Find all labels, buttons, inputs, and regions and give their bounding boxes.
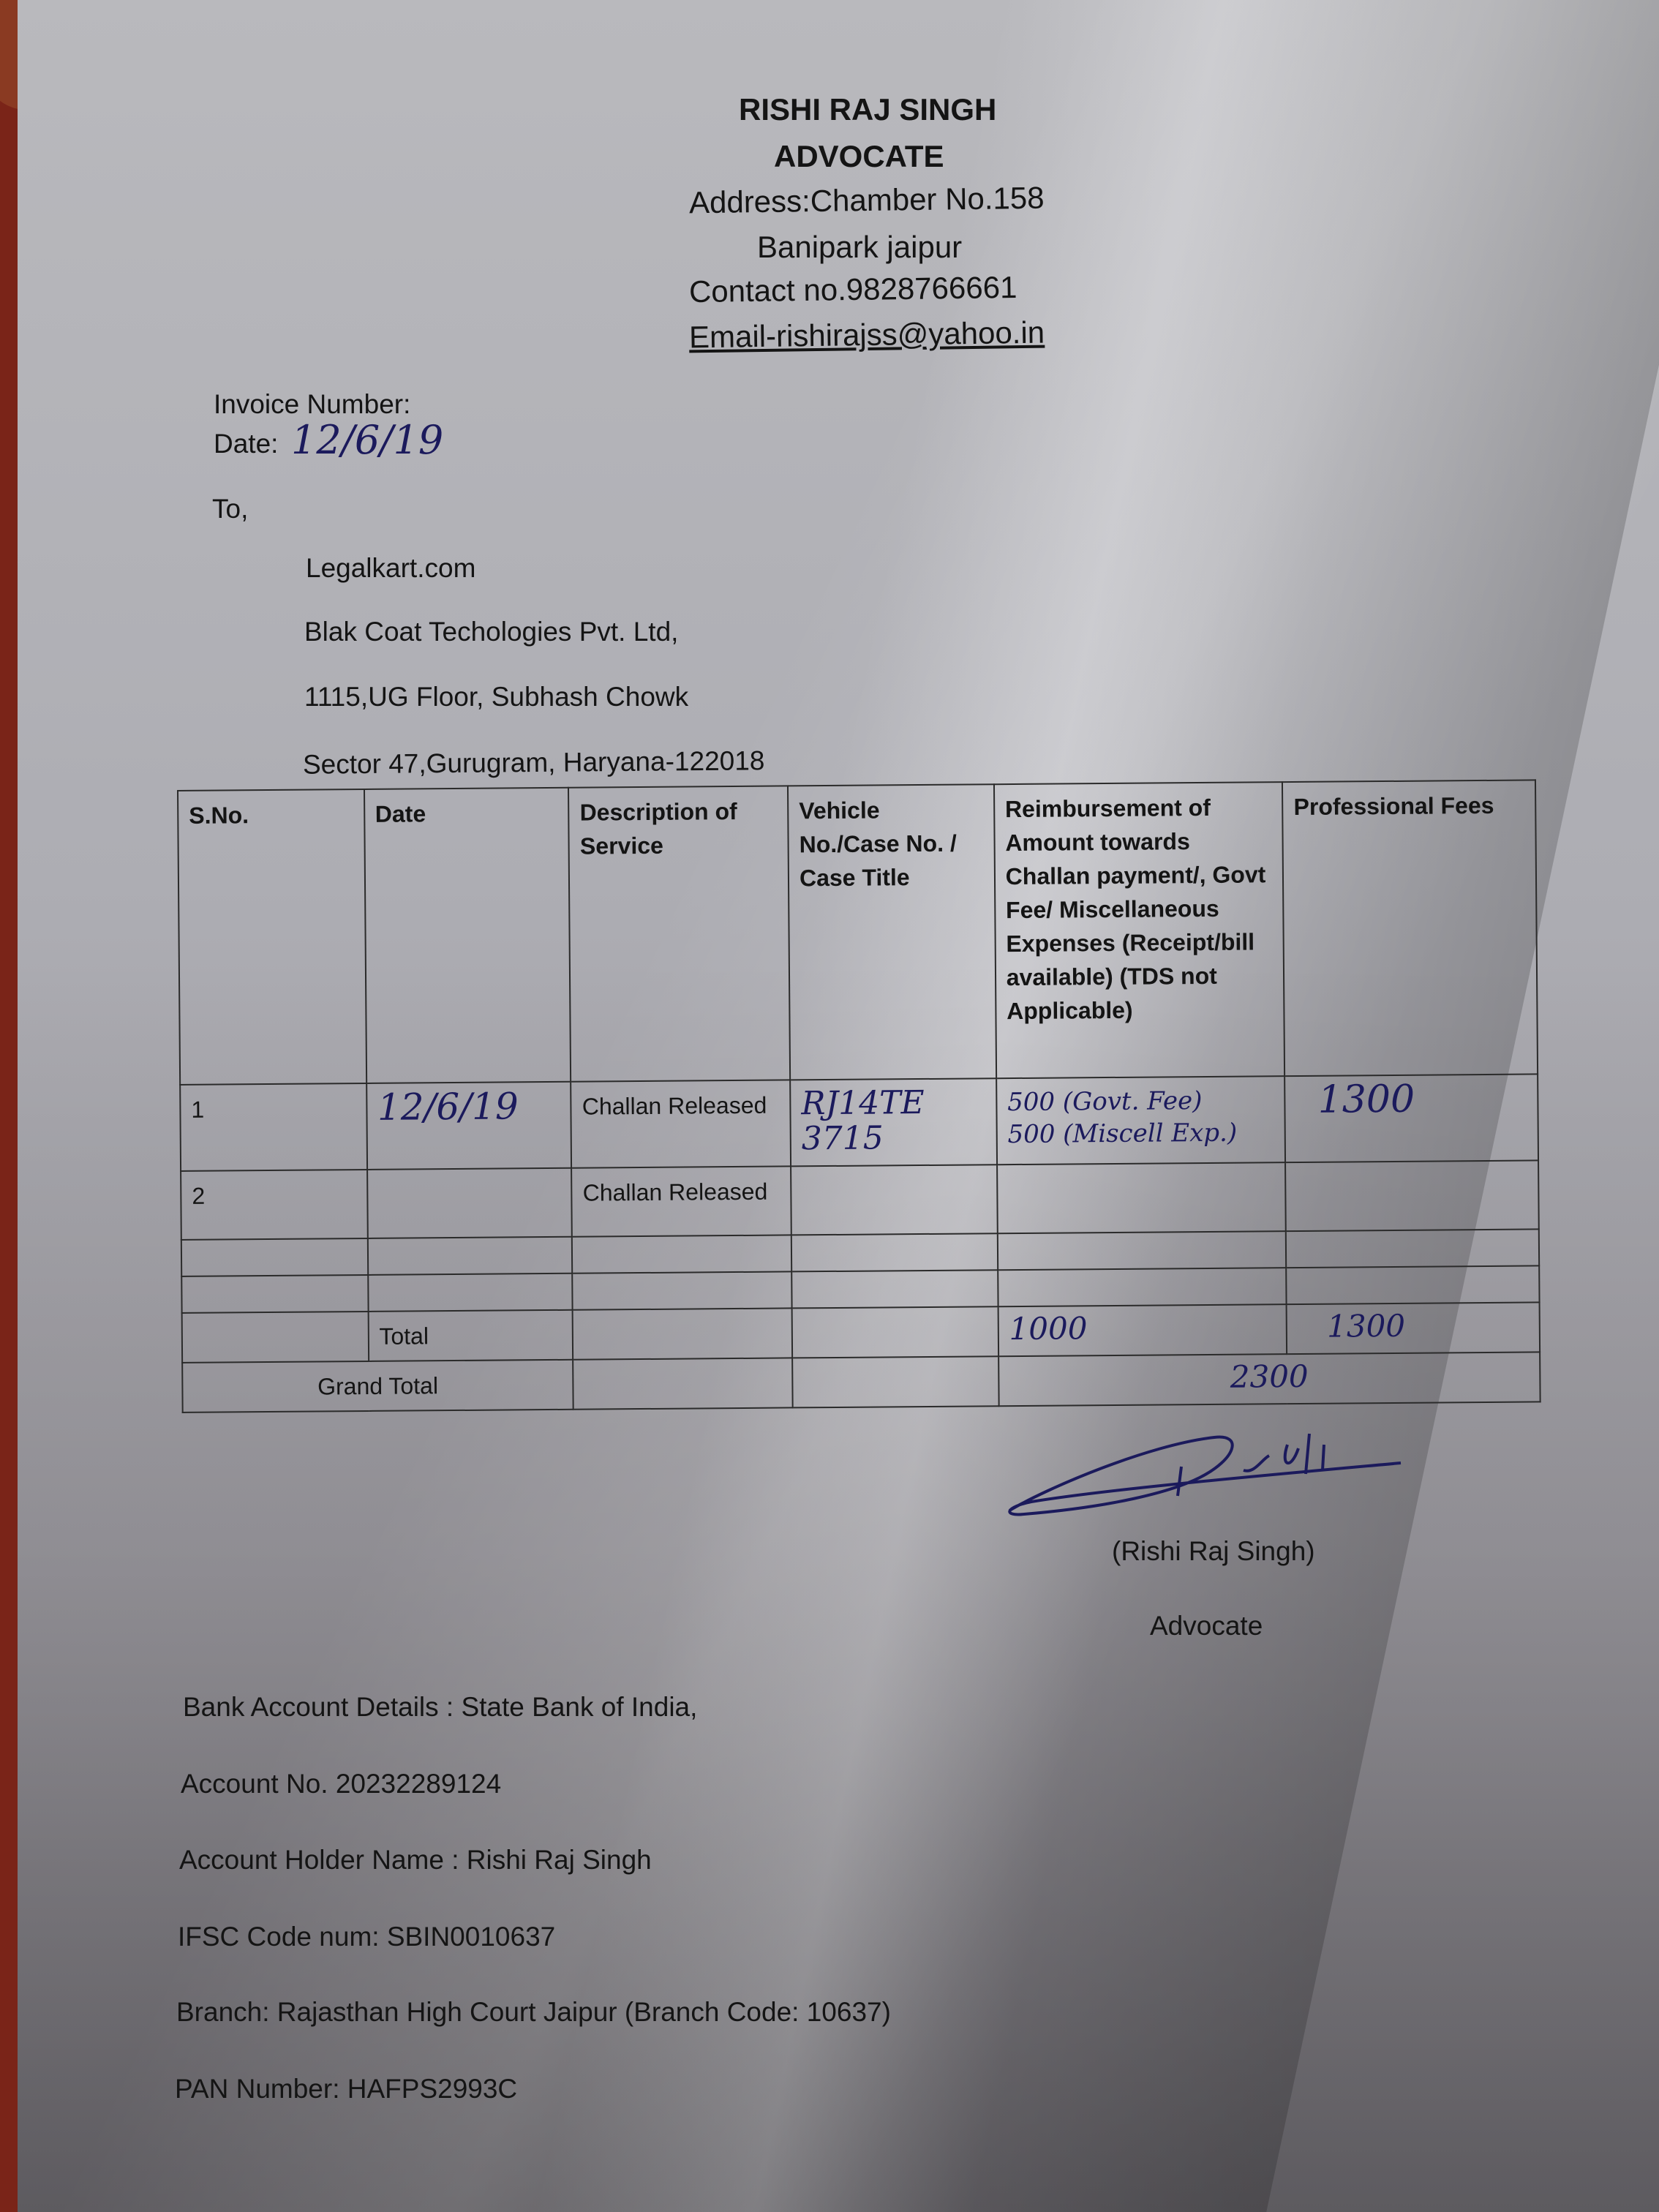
total-fees: 1300 [1287,1302,1540,1354]
invoice-number-label: Invoice Number: [214,389,410,420]
cell-vehicle [791,1165,997,1235]
cell-reimbursement [997,1162,1286,1233]
advocate-title: ADVOCATE [774,139,944,174]
grand-total-label: Grand Total [182,1360,573,1412]
recipient-line: Sector 47,Gurugram, Haryana-122018 [303,745,765,780]
branch: Branch: Rajasthan High Court Jaipur (Bra… [176,1997,891,2028]
handwritten-misc-exp: 500 (Miscell Exp.) [1007,1116,1274,1151]
signatory-title: Advocate [1150,1611,1263,1641]
cell-fees: 1300 [1284,1074,1538,1162]
salutation: To, [212,494,248,524]
handwritten-total-reimbursement: 1000 [1009,1310,1087,1347]
header-professional-fees: Professional Fees [1282,780,1538,1076]
cell-sno: 2 [181,1170,367,1240]
recipient-line: 1115,UG Floor, Subhash Chowk [304,682,688,712]
cell-description: Challan Released [571,1166,791,1236]
pan-number: PAN Number: HAFPS2993C [175,2074,517,2104]
email-link[interactable]: Email-rishirajss@yahoo.in [689,315,1045,355]
header-date: Date [364,788,571,1083]
table-row: 2 Challan Released [181,1160,1539,1240]
table-row: 1 12/6/19 Challan Released RJ14TE 3715 5… [180,1074,1538,1171]
cell-fees [1285,1160,1538,1231]
signature-scribble-icon [1002,1415,1412,1518]
invoice-table: S.No. Date Description of Service Vehicl… [177,779,1541,1413]
ifsc-code: IFSC Code num: SBIN0010637 [178,1922,555,1952]
header-description: Description of Service [568,786,790,1081]
cell-description: Challan Released [571,1080,791,1167]
handwritten-vehicle: RJ14TE 3715 [801,1084,925,1157]
signatory-name: (Rishi Raj Singh) [1112,1536,1315,1567]
recipient-line: Blak Coat Techologies Pvt. Ltd, [304,617,678,647]
header-sno: S.No. [178,789,366,1085]
address-line-1: Address:Chamber No.158 [689,181,1045,221]
bank-name: Bank Account Details : State Bank of Ind… [183,1692,697,1723]
cell-sno: 1 [180,1083,366,1171]
total-reimbursement: 1000 [998,1304,1287,1356]
handwritten-grand-total: 2300 [1230,1358,1309,1395]
address-line-2: Banipark jaipur [757,230,962,265]
cell-vehicle: RJ14TE 3715 [790,1078,997,1166]
handwritten-govt-fee: 500 (Govt. Fee) [1007,1084,1274,1118]
account-holder: Account Holder Name : Rishi Raj Singh [179,1845,652,1876]
handwritten-date: 12/6/19 [377,1085,519,1129]
cell-date: 12/6/19 [366,1082,572,1170]
grand-total-row: Grand Total 2300 [182,1352,1540,1412]
grand-total-value: 2300 [998,1352,1540,1406]
cell-reimbursement: 500 (Govt. Fee) 500 (Miscell Exp.) [996,1076,1286,1165]
header-reimbursement: Reimbursement of Amount towards Challan … [994,782,1285,1078]
cell-date [367,1168,573,1238]
date-value-handwritten: 12/6/19 [291,417,443,463]
handwritten-fees: 1300 [1295,1077,1415,1122]
contact-number: Contact no.9828766661 [689,270,1017,309]
table-header-row: S.No. Date Description of Service Vehicl… [178,780,1538,1085]
header-vehicle: Vehicle No./Case No. / Case Title [788,784,996,1080]
date-label: Date: [214,429,278,459]
account-number: Account No. 20232289124 [181,1769,501,1799]
total-label: Total [368,1310,573,1361]
handwritten-total-fees: 1300 [1298,1308,1405,1344]
recipient-line: Legalkart.com [306,553,475,584]
advocate-name: RISHI RAJ SINGH [739,92,996,127]
